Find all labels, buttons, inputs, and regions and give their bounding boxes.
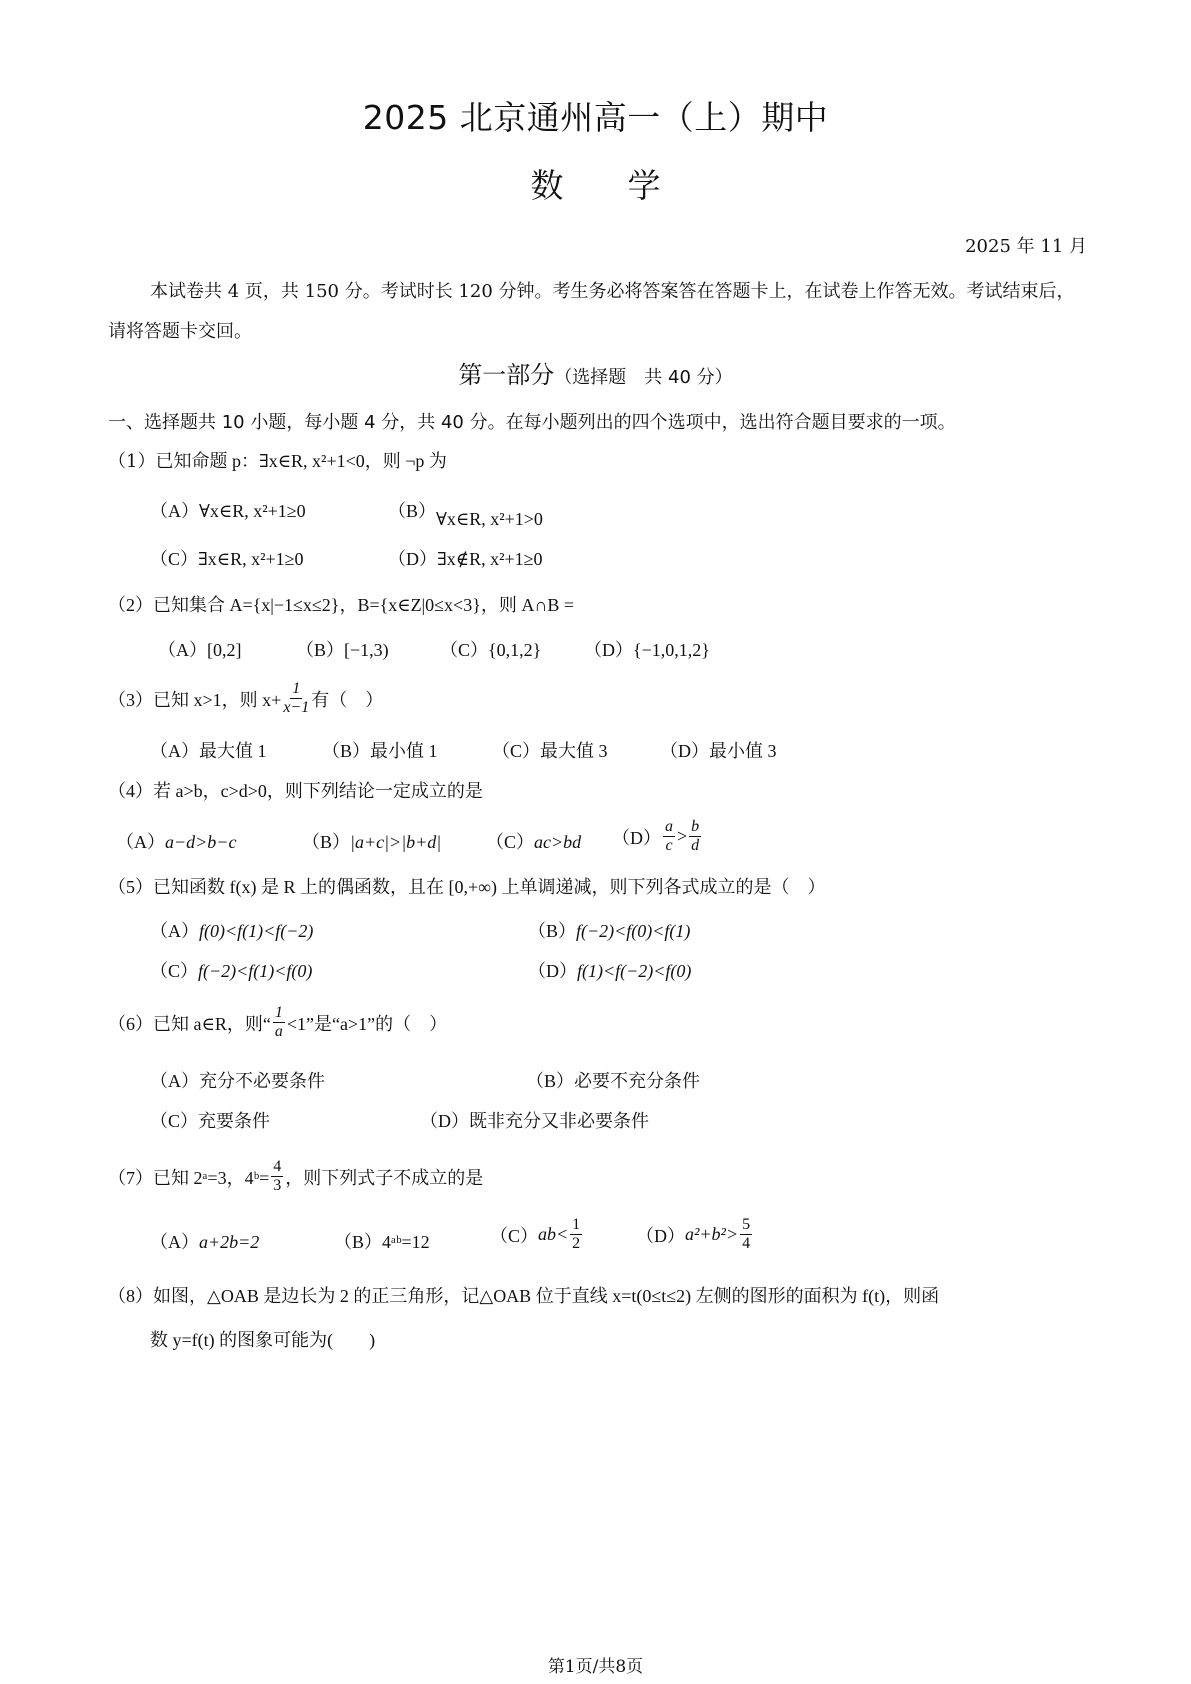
option-label: （C） — [486, 832, 534, 852]
option-text: 最大值 1 — [199, 741, 267, 761]
question-stem-post: 有（ ） — [311, 686, 383, 712]
option-text: 最小值 3 — [709, 741, 777, 761]
option-1b[interactable]: （B）∀x∈R, x²+1>0 — [388, 497, 543, 523]
option-label: （A） — [116, 832, 165, 852]
denominator: 2 — [572, 1235, 580, 1253]
numerator: 5 — [740, 1216, 752, 1235]
option-text: 充要条件 — [198, 1111, 270, 1131]
subject-char-1: 数 — [531, 160, 564, 207]
exam-title: 2025 北京通州高一（上）期中 — [0, 92, 1191, 139]
option-label: （C） — [150, 961, 198, 981]
option-4d[interactable]: （D） ac > bd — [612, 818, 703, 855]
option-4b[interactable]: （B）|a+c|>|b+d| — [302, 828, 441, 854]
numerator: a — [663, 818, 675, 837]
part1-title: 第一部分 — [458, 361, 554, 389]
question-3: （3）已知 x>1，则 x+ 1x−1 有（ ） — [108, 680, 383, 717]
question-number: （3） — [108, 686, 153, 712]
option-label: （D） — [660, 741, 709, 761]
option-4c[interactable]: （C）ac>bd — [486, 828, 581, 854]
option-text: {0,1,2} — [488, 640, 541, 660]
operator: > — [677, 826, 687, 847]
question-stem: 已知集合 A={x|−1≤x≤2}，B={x∈Z|0≤x<3}，则 A∩B = — [153, 595, 574, 615]
option-6c[interactable]: （C）充要条件 — [150, 1107, 270, 1133]
question-5: （5）已知函数 f(x) 是 R 上的偶函数，且在 [0,+∞) 上单调递减，则… — [108, 873, 825, 899]
question-8-line2: 数 y=f(t) 的图象可能为( ) — [150, 1326, 375, 1352]
option-label: （D） — [388, 549, 437, 569]
option-2a[interactable]: （A）[0,2] — [158, 636, 242, 662]
option-label: （D） — [528, 961, 577, 981]
option-label: （D） — [612, 824, 661, 850]
fraction: 1a — [273, 1004, 285, 1041]
option-label: （C） — [490, 1222, 538, 1248]
fraction: 43 — [271, 1158, 283, 1195]
option-label: （B） — [388, 501, 436, 521]
option-7d[interactable]: （D）a²+b²> 54 — [636, 1216, 754, 1253]
part1-subtitle: （选择题 共 40 分） — [554, 367, 732, 388]
option-3a[interactable]: （A）最大值 1 — [150, 737, 267, 763]
question-stem: 已知 2ᵃ=3，4ᵇ= — [153, 1164, 269, 1190]
question-number: （8） — [108, 1286, 153, 1306]
denominator: 4 — [742, 1235, 750, 1253]
question-number: （5） — [108, 877, 153, 897]
option-label: （A） — [150, 501, 199, 521]
option-7b[interactable]: （B）4ᵃᵇ=12 — [334, 1228, 430, 1254]
fraction: 12 — [570, 1216, 582, 1253]
numerator: 1 — [290, 680, 302, 699]
option-2c[interactable]: （C）{0,1,2} — [440, 636, 541, 662]
exam-date: 2025 年 11 月 — [965, 232, 1087, 258]
subject-char-2: 学 — [628, 160, 661, 207]
option-label: （B） — [528, 921, 576, 941]
part1-heading: 第一部分（选择题 共 40 分） — [0, 355, 1191, 390]
option-text: [−1,3) — [344, 640, 389, 660]
option-text: f(1)<f(−2)<f(0) — [577, 961, 691, 981]
fraction: 1x−1 — [283, 680, 309, 717]
option-3c[interactable]: （C）最大值 3 — [492, 737, 608, 763]
question-number: （6） — [108, 1010, 153, 1036]
exam-instructions: 本试卷共 4 页，共 150 分。考试时长 120 分钟。考生务必将答案答在答题… — [108, 272, 1088, 352]
option-label: （D） — [420, 1111, 469, 1131]
option-label: （A） — [150, 1071, 199, 1091]
option-text: 既非充分又非必要条件 — [469, 1111, 649, 1131]
option-text: ab< — [538, 1224, 568, 1245]
option-label: （B） — [296, 640, 344, 660]
denominator: a — [275, 1023, 283, 1041]
option-label: （A） — [158, 640, 207, 660]
option-label: （B） — [302, 832, 350, 852]
option-text: ac>bd — [534, 832, 581, 852]
question-stem: 已知 x>1，则 x+ — [153, 686, 281, 712]
option-4a[interactable]: （A）a−d>b−c — [116, 828, 236, 854]
option-5d[interactable]: （D）f(1)<f(−2)<f(0) — [528, 957, 691, 983]
question-6: （6）已知 a∈R，则“ 1a <1”是“a>1”的（ ） — [108, 1004, 447, 1041]
option-label: （B） — [526, 1071, 574, 1091]
option-label: （A） — [150, 1232, 199, 1252]
option-6a[interactable]: （A）充分不必要条件 — [150, 1067, 325, 1093]
question-number: （2） — [108, 595, 153, 615]
question-stem: 如图，△OAB 是边长为 2 的正三角形，记△OAB 位于直线 x=t(0≤t≤… — [153, 1286, 939, 1306]
option-7c[interactable]: （C）ab< 12 — [490, 1216, 584, 1253]
option-label: （B） — [322, 741, 370, 761]
denominator: 3 — [273, 1177, 281, 1195]
option-label: （C） — [150, 549, 198, 569]
option-text: 4ᵃᵇ=12 — [382, 1232, 430, 1252]
option-1c[interactable]: （C）∃x∈R, x²+1≥0 — [150, 545, 304, 571]
option-text: 最大值 3 — [540, 741, 608, 761]
question-stem: 若 a>b，c>d>0，则下列结论一定成立的是 — [153, 781, 483, 801]
option-6b[interactable]: （B）必要不充分条件 — [526, 1067, 700, 1093]
fraction: ac — [663, 818, 675, 855]
fraction: bd — [689, 818, 701, 855]
question-number: （7） — [108, 1164, 153, 1190]
question-number: （1） — [108, 451, 155, 472]
question-4: （4）若 a>b，c>d>0，则下列结论一定成立的是 — [108, 777, 483, 803]
option-3b[interactable]: （B）最小值 1 — [322, 737, 438, 763]
question-stem: 已知函数 f(x) 是 R 上的偶函数，且在 [0,+∞) 上单调递减，则下列各… — [153, 877, 825, 897]
option-text: ∃x∈R, x²+1≥0 — [198, 549, 304, 569]
option-text: 最小值 1 — [370, 741, 438, 761]
question-stem-post: <1”是“a>1”的（ ） — [287, 1010, 447, 1036]
subject-title: 数学 — [0, 160, 1191, 207]
option-text: ∀x∈R, x²+1≥0 — [199, 501, 306, 521]
option-label: （B） — [334, 1232, 382, 1252]
option-label: （C） — [492, 741, 540, 761]
page-number: 第1页/共8页 — [0, 1652, 1191, 1677]
numerator: 1 — [570, 1216, 582, 1235]
option-5a[interactable]: （A）f(0)<f(1)<f(−2) — [150, 917, 313, 943]
question-2: （2）已知集合 A={x|−1≤x≤2}，B={x∈Z|0≤x<3}，则 A∩B… — [108, 591, 574, 617]
option-label: （D） — [584, 640, 633, 660]
option-text: a+2b=2 — [199, 1232, 259, 1252]
denominator: c — [665, 837, 672, 855]
question-8: （8）如图，△OAB 是边长为 2 的正三角形，记△OAB 位于直线 x=t(0… — [108, 1282, 939, 1308]
denominator: d — [691, 837, 699, 855]
question-stem: 已知命题 p：∃x∈R, x²+1<0，则 ¬p 为 — [155, 451, 446, 471]
question-stem-post: ，则下列式子不成立的是 — [285, 1164, 483, 1190]
denominator: x−1 — [283, 699, 309, 717]
numerator: 4 — [271, 1158, 283, 1177]
option-text: {−1,0,1,2} — [633, 640, 710, 660]
option-label: （A） — [150, 921, 199, 941]
question-number: （4） — [108, 781, 153, 801]
numerator: b — [689, 818, 701, 837]
option-text: |a+c|>|b+d| — [350, 832, 441, 852]
option-text: f(−2)<f(0)<f(1) — [576, 921, 690, 941]
section-instruction: 一、选择题共 10 小题，每小题 4 分，共 40 分。在每小题列出的四个选项中… — [108, 408, 956, 434]
option-text: f(−2)<f(1)<f(0) — [198, 961, 312, 981]
option-text: [0,2] — [207, 640, 242, 660]
option-2b[interactable]: （B）[−1,3) — [296, 636, 389, 662]
option-text: a−d>b−c — [165, 832, 236, 852]
option-6d[interactable]: （D）既非充分又非必要条件 — [420, 1107, 649, 1133]
option-text: f(0)<f(1)<f(−2) — [199, 921, 313, 941]
fraction: 54 — [740, 1216, 752, 1253]
option-text: a²+b²> — [685, 1224, 738, 1245]
question-1: （1）已知命题 p：∃x∈R, x²+1<0，则 ¬p 为 — [108, 447, 447, 473]
option-text: ∀x∈R, x²+1>0 — [436, 509, 543, 529]
option-3d[interactable]: （D）最小值 3 — [660, 737, 777, 763]
option-label: （C） — [150, 1111, 198, 1131]
option-label: （D） — [636, 1222, 685, 1248]
option-2d[interactable]: （D）{−1,0,1,2} — [584, 636, 710, 662]
option-7a[interactable]: （A）a+2b=2 — [150, 1228, 259, 1254]
numerator: 1 — [273, 1004, 285, 1023]
question-stem: 已知 a∈R，则“ — [153, 1010, 271, 1036]
option-label: （A） — [150, 741, 199, 761]
option-text: 充分不必要条件 — [199, 1071, 325, 1091]
option-1a[interactable]: （A）∀x∈R, x²+1≥0 — [150, 497, 306, 523]
option-label: （C） — [440, 640, 488, 660]
option-5c[interactable]: （C）f(−2)<f(1)<f(0) — [150, 957, 312, 983]
option-text: ∃x∉R, x²+1≥0 — [437, 549, 543, 569]
option-1d[interactable]: （D）∃x∉R, x²+1≥0 — [388, 545, 543, 571]
question-7: （7）已知 2ᵃ=3，4ᵇ= 43 ，则下列式子不成立的是 — [108, 1158, 483, 1195]
option-5b[interactable]: （B）f(−2)<f(0)<f(1) — [528, 917, 690, 943]
option-text: 必要不充分条件 — [574, 1071, 700, 1091]
